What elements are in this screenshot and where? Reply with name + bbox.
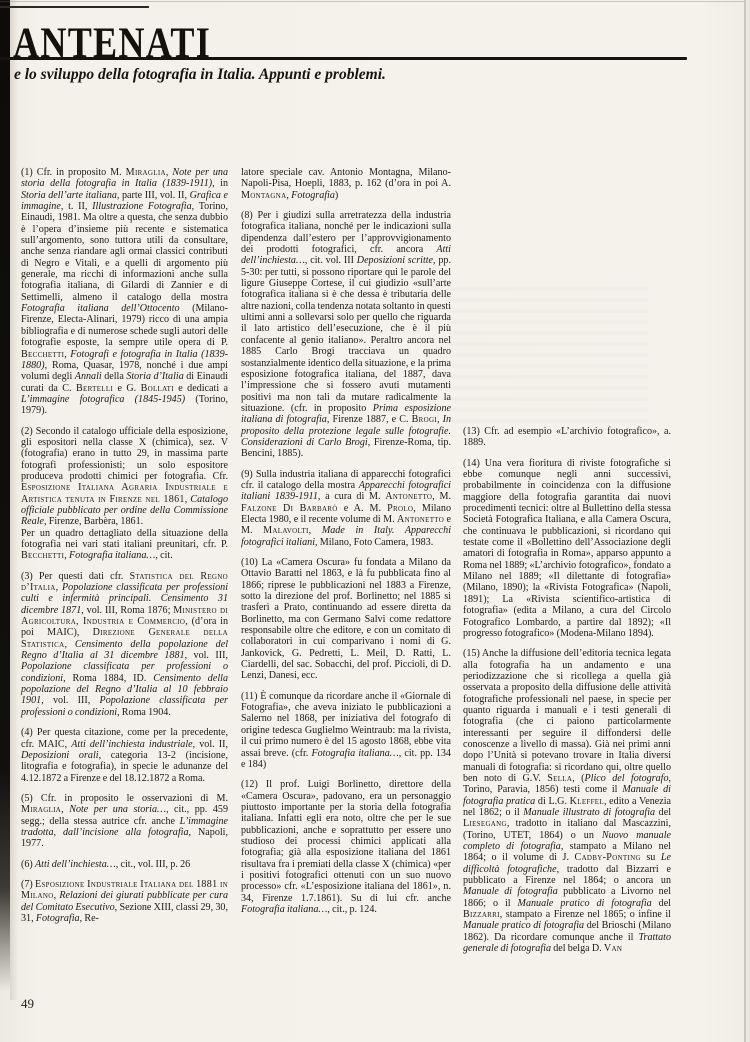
footnote-3: (3) Per questi dati cfr. Statistica del … [21, 571, 228, 718]
top-edge-line [0, 6, 149, 8]
scanned-book-page: ANTENATI e lo sviluppo della fotografia … [0, 0, 750, 1042]
footnote-12: (12) Il prof. Luigi Borlinetto, direttor… [241, 779, 451, 915]
footnote-15: (15) Anche la diffusione dell’editoria t… [463, 648, 671, 954]
footnote-5: (5) Cfr. in proposito le osservazioni di… [21, 793, 228, 850]
footnote-6: (6) Atti dell’inchiesta…, cit., vol. III… [21, 859, 228, 870]
title-rule-divider [0, 57, 687, 60]
top-hairline [0, 1, 750, 2]
footnote-column-3: (13) Cfr. ad esempio «L’archivio fotogra… [463, 167, 671, 963]
footnote-column-1: (1) Cfr. in proposito M. Miraglia, Note … [21, 167, 228, 933]
footnote-11: (11) È comunque da ricordare anche il «G… [241, 691, 451, 770]
page-edge-right-line [744, 0, 746, 1042]
footnote-7-continuation: latore speciale cav. Antonio Montagna, M… [241, 167, 451, 201]
scan-edge-shadow [10, 0, 18, 1000]
footnote-2: (2) Secondo il catalogo ufficiale della … [21, 426, 228, 562]
page-subtitle: e lo sviluppo della fotografia in Italia… [14, 66, 386, 84]
footnote-1: (1) Cfr. in proposito M. Miraglia, Note … [21, 167, 228, 417]
footnote-9: (9) Sulla industria italiana di apparecc… [241, 469, 451, 548]
page-number: 49 [21, 996, 34, 1012]
footnote-column-2: latore speciale cav. Antonio Montagna, M… [241, 167, 451, 924]
footnote-7: (7) Esposizione Industriale Italiana del… [21, 879, 228, 924]
footnote-13: (13) Cfr. ad esempio «L’archivio fotogra… [463, 426, 671, 449]
scan-edge-left-bar [0, 0, 10, 1012]
page-edge-right-strip [746, 0, 750, 1042]
page-title: ANTENATI [13, 19, 211, 68]
footnote-8: (8) Per i giudizi sulla arretratezza del… [241, 210, 451, 460]
footnote-10: (10) La «Camera Oscura» fu fondata a Mil… [241, 557, 451, 682]
footnote-4: (4) Per questa citazione, come per la pr… [21, 727, 228, 784]
footnote-14: (14) Una vera fioritura di riviste fotog… [463, 458, 671, 640]
